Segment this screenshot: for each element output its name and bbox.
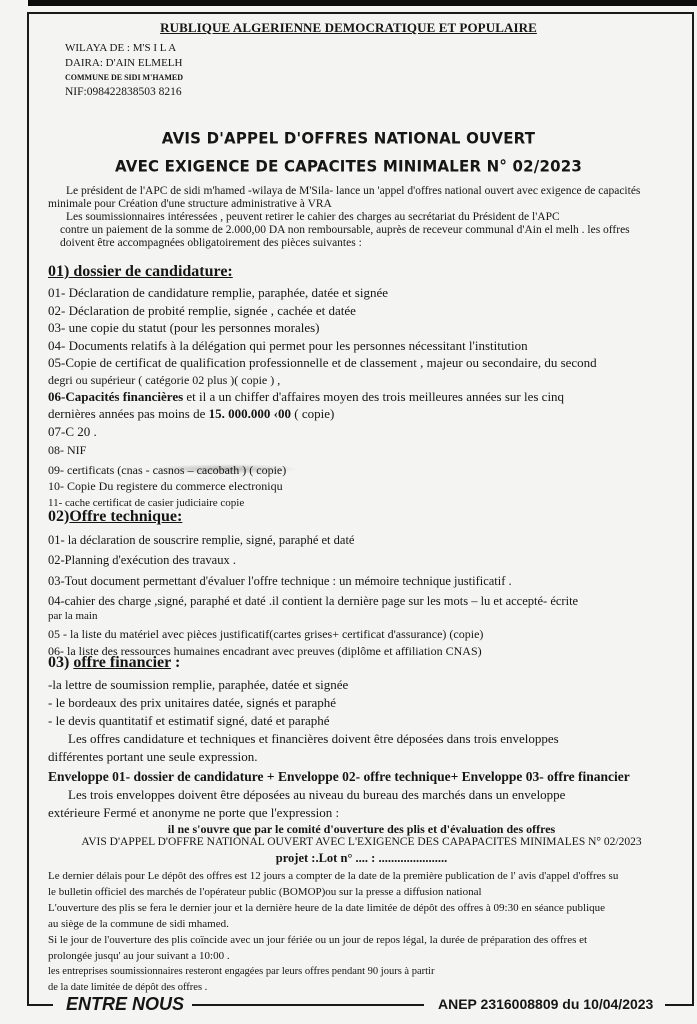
paragraph-line: Si le jour de l'ouverture des plis coïnc… xyxy=(48,932,693,948)
list-item: 03- une copie du statut (pour les person… xyxy=(48,319,688,337)
section-number: 03) xyxy=(48,654,73,671)
list-item: 06-Capacités financières et il a un chif… xyxy=(48,388,688,406)
footer-publication-name: ENTRE NOUS xyxy=(66,994,184,1015)
closing-paragraph: Le dernier délais pour Le dépôt des offr… xyxy=(48,868,693,996)
paragraph-line: Les trois enveloppes doivent être déposé… xyxy=(48,786,688,804)
bold-label: 06-Capacités financières xyxy=(48,389,183,404)
list-item: - le devis quantitatif et estimatif sign… xyxy=(48,712,688,730)
envelope-expression-1: il ne s'ouvre que par le comité d'ouvert… xyxy=(28,822,695,837)
list-item-cont: dernières années pas moins de 15. 000.00… xyxy=(48,405,688,423)
section-technique-heading: 02)Offre technique: xyxy=(48,508,182,526)
nif: NIF:098422838503 8216 xyxy=(65,85,183,100)
envelope-projet: projet :.Lot n° .... : .................… xyxy=(28,851,695,866)
list-item: 02- Déclaration de probité remplie, sign… xyxy=(48,302,688,320)
list-item: 05 - la liste du matériel avec pièces ju… xyxy=(48,626,688,643)
section-title: offre financier xyxy=(73,654,171,671)
list-item: 08- NIF xyxy=(48,442,688,458)
intro-line: Le président de l'APC de sidi m'hamed -w… xyxy=(48,185,688,198)
technique-list: 01- la déclaration de souscrire remplie,… xyxy=(48,530,688,659)
list-item: - le bordeaux des prix unitaires datée, … xyxy=(48,694,688,712)
republic-heading: RUBLIQUE ALGERIENNE DEMOCRATIQUE ET POPU… xyxy=(0,20,697,36)
intro-line: contre un paiement de la somme de 2.000,… xyxy=(48,224,688,237)
list-item: 03-Tout document permettant d'évaluer l'… xyxy=(48,570,688,592)
ink-smudge xyxy=(150,464,300,474)
amount: 15. 000.000 ‹00 xyxy=(209,406,291,421)
intro-paragraph: Le président de l'APC de sidi m'hamed -w… xyxy=(48,185,688,250)
item-text: et il a un chiffer d'affaires moyen des … xyxy=(183,389,564,404)
section-number: 02) xyxy=(48,508,69,525)
list-item: -la lettre de soumission remplie, paraph… xyxy=(48,676,688,694)
wilaya: WILAYA DE : M'S I L A xyxy=(65,41,183,56)
footer-rule-left xyxy=(27,1004,53,1006)
footer-rule-right xyxy=(665,1004,694,1006)
intro-line: minimale pour Création d'une structure a… xyxy=(48,198,688,211)
top-black-rule xyxy=(28,0,697,6)
section-title: Offre technique: xyxy=(69,508,182,525)
paragraph-line: Le dernier délais pour Le dépôt des offr… xyxy=(48,868,693,884)
paragraph-line: différentes portant une seule expression… xyxy=(48,748,688,766)
section-dossier-heading: 01) dossier de candidature: xyxy=(48,263,233,281)
paragraph-line: Les offres candidature et techniques et … xyxy=(48,730,688,748)
list-item: 09- certificats (cnas - casnos – cacobat… xyxy=(48,462,688,478)
financier-list: -la lettre de soumission remplie, paraph… xyxy=(48,676,688,766)
list-item: 02-Planning d'exécution des travaux . xyxy=(48,550,688,570)
item-text: ( copie) xyxy=(291,406,334,421)
list-item: 07-C 20 . xyxy=(48,423,688,441)
paragraph-line: au siège de la commune de sidi mhamed. xyxy=(48,916,693,932)
list-item: 01- Déclaration de candidature remplie, … xyxy=(48,284,688,302)
commune: COMMUNE DE SIDI M'HAMED xyxy=(65,71,183,85)
dossier-list: 01- Déclaration de candidature remplie, … xyxy=(48,284,688,510)
paragraph-line: le bulletin officiel des marchés de l'op… xyxy=(48,884,693,900)
intro-line: doivent être accompagnées obligatoiremen… xyxy=(48,237,688,250)
list-item: 05-Copie de certificat de qualification … xyxy=(48,354,688,372)
daira: DAIRA: D'AIN ELMELH xyxy=(65,56,183,71)
list-item-cont: par la main xyxy=(48,610,688,623)
notice-title-line1: AVIS D'APPEL D'OFFRES NATIONAL OUVERT xyxy=(0,129,697,148)
paragraph-line: extérieure Fermé et anonyme ne porte que… xyxy=(48,804,688,822)
list-item: 04- Documents relatifs à la délégation q… xyxy=(48,337,688,355)
paragraph-line: L'ouverture des plis se fera le dernier … xyxy=(48,900,693,916)
footer-anep-reference: ANEP 2316008809 du 10/04/2023 xyxy=(438,996,653,1012)
item-text: dernières années pas moins de xyxy=(48,406,209,421)
list-item: 04-cahier des charge ,signé, paraphé et … xyxy=(48,592,688,610)
enveloppes-line: Enveloppe 01- dossier de candidature + E… xyxy=(48,769,688,785)
footer-rule-middle xyxy=(192,1004,424,1006)
list-item: 01- la déclaration de souscrire remplie,… xyxy=(48,530,688,550)
list-item-cont: degri ou supérieur ( catégorie 02 plus )… xyxy=(48,372,688,388)
colon: : xyxy=(171,654,180,671)
paragraph-line: les entreprises soumissionnaires restero… xyxy=(48,964,693,980)
section-financier-heading: 03) offre financier : xyxy=(48,654,180,672)
list-item: 10- Copie Du registere du commerce elect… xyxy=(48,478,688,494)
envelope-expression-2: AVIS D'APPEL D'OFFRE NATIONAL OUVERT AVE… xyxy=(28,836,695,848)
section-title: 01) dossier de candidature: xyxy=(48,263,233,280)
intro-line: Les soumissionnaires intéressées , peuve… xyxy=(48,211,688,224)
paragraph-line: prolongée jusqu' au jour suivant a 10:00… xyxy=(48,948,693,964)
enveloppes-paragraph: Les trois enveloppes doivent être déposé… xyxy=(48,786,688,822)
administration-block: WILAYA DE : M'S I L A DAIRA: D'AIN ELMEL… xyxy=(65,41,183,100)
notice-title-line2: AVEC EXIGENCE DE CAPACITES MINIMALER N° … xyxy=(0,157,697,176)
